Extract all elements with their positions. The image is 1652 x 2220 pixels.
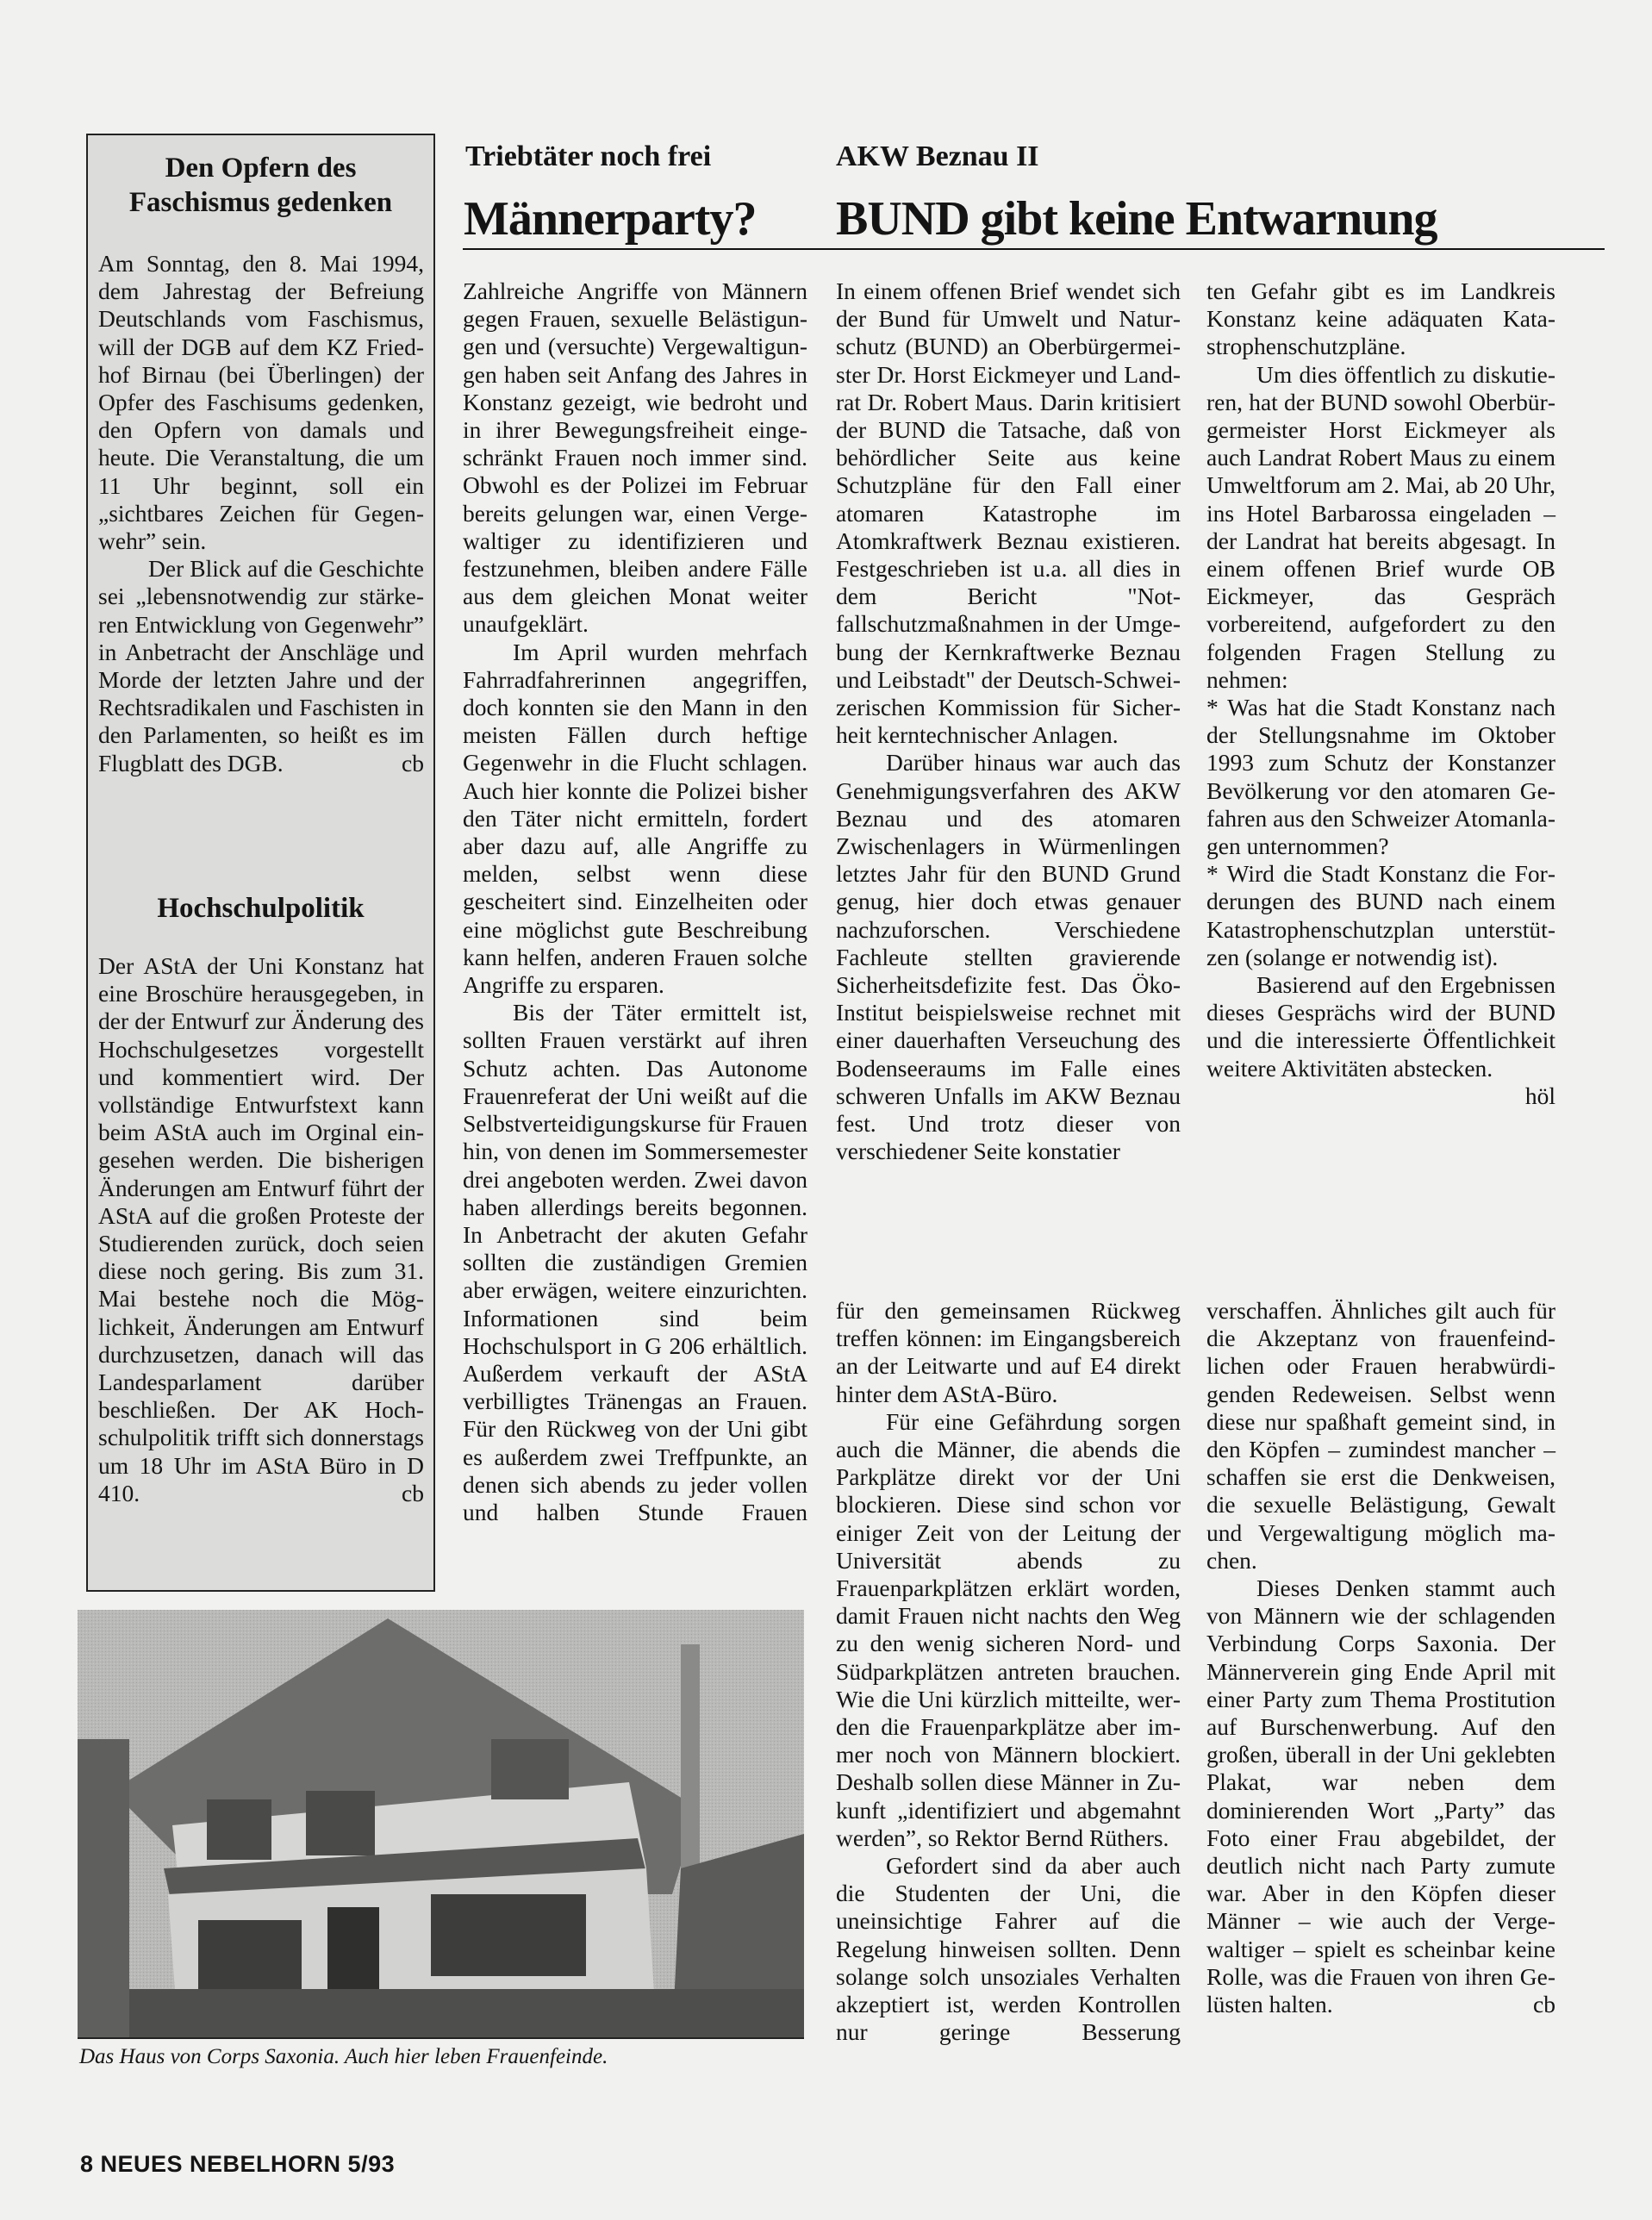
title-line-1: Den Opfern des xyxy=(88,151,433,185)
paragraph: Bis der Täter ermittelt ist, sollten Fra… xyxy=(463,999,807,1526)
paragraph: Basierend auf den Ergebnissen dieses Ges… xyxy=(1206,971,1555,1082)
kicker-maennerparty: Triebtäter noch frei xyxy=(465,140,711,174)
paragraph: für den gemeinsamen Rückweg treffen könn… xyxy=(836,1297,1181,1408)
paragraph: * Was hat die Stadt Konstanz nach der St… xyxy=(1206,694,1555,860)
title-line-2: Faschismus gedenken xyxy=(88,185,433,220)
house-illustration xyxy=(78,1610,804,2037)
maennerparty-column-1: Zahlreiche Angriffe von Männern gegen Fr… xyxy=(463,277,807,1526)
page-footer: 8 NEUES NEBELHORN 5/93 xyxy=(80,2151,395,2178)
maennerparty-column-3: verschaffen. Ähnliches gilt auch für die… xyxy=(1206,1297,1555,2018)
signature: höl xyxy=(1206,1082,1555,1110)
paragraph: verschaffen. Ähnliches gilt auch für die… xyxy=(1206,1297,1555,1575)
paragraph: Der Blick auf die Geschichte sei „lebens… xyxy=(98,555,424,777)
signature: cb xyxy=(98,1480,424,1507)
paragraph: Im April wurden mehrfach Fahr­radfahreri… xyxy=(463,639,807,1000)
paragraph: Für eine Gefährdung sorgen auch die Männ… xyxy=(836,1408,1181,1852)
paragraph: Am Sonntag, den 8. Mai 1994, dem Jahrest… xyxy=(98,250,424,555)
headline-maennerparty: Männerparty? xyxy=(464,191,757,246)
maennerparty-column-2: für den gemeinsamen Rückweg treffen könn… xyxy=(836,1297,1181,2046)
house-photo-icon xyxy=(78,1610,804,2039)
paragraph: * Wird die Stadt Konstanz die For­derung… xyxy=(1206,860,1555,971)
sidebar-article2-body: Der AStA der Uni Konstanz hat eine Brosc… xyxy=(98,952,424,1507)
bund-column-2: ten Gefahr gibt es im Landkreis Konstanz… xyxy=(1206,277,1555,1110)
paragraph: Darüber hinaus war auch das Ge­nehmigung… xyxy=(836,749,1181,1165)
paragraph: Zahlreiche Angriffe von Männern gegen Fr… xyxy=(463,277,807,639)
paragraph: Dieses Denken stammt auch von Männern wi… xyxy=(1206,1575,1555,2018)
sidebar-article2-title: Hochschulpolitik xyxy=(86,893,435,925)
bund-column-1: In einem offenen Brief wendet sich der B… xyxy=(836,277,1181,1166)
paragraph: Gefordert sind da aber auch die Studente… xyxy=(836,1852,1181,2046)
sidebar-article1-body: Am Sonntag, den 8. Mai 1994, dem Jahrest… xyxy=(98,250,424,777)
headline-rule xyxy=(463,248,1605,250)
kicker-bund: AKW Beznau II xyxy=(836,140,1039,174)
headline-bund: BUND gibt keine Entwarnung xyxy=(836,191,1437,246)
photo-caption: Das Haus von Corps Saxonia. Auch hier le… xyxy=(79,2044,803,2070)
paragraph: Um dies öffentlich zu diskutie­ren, hat … xyxy=(1206,361,1555,694)
paragraph: In einem offenen Brief wendet sich der B… xyxy=(836,277,1181,749)
paragraph: Der AStA der Uni Konstanz hat eine Brosc… xyxy=(98,952,424,1507)
sidebar-article1-title: Den Opfern des Faschismus gedenken xyxy=(88,151,433,220)
paragraph: ten Gefahr gibt es im Landkreis Konstanz… xyxy=(1206,277,1555,361)
